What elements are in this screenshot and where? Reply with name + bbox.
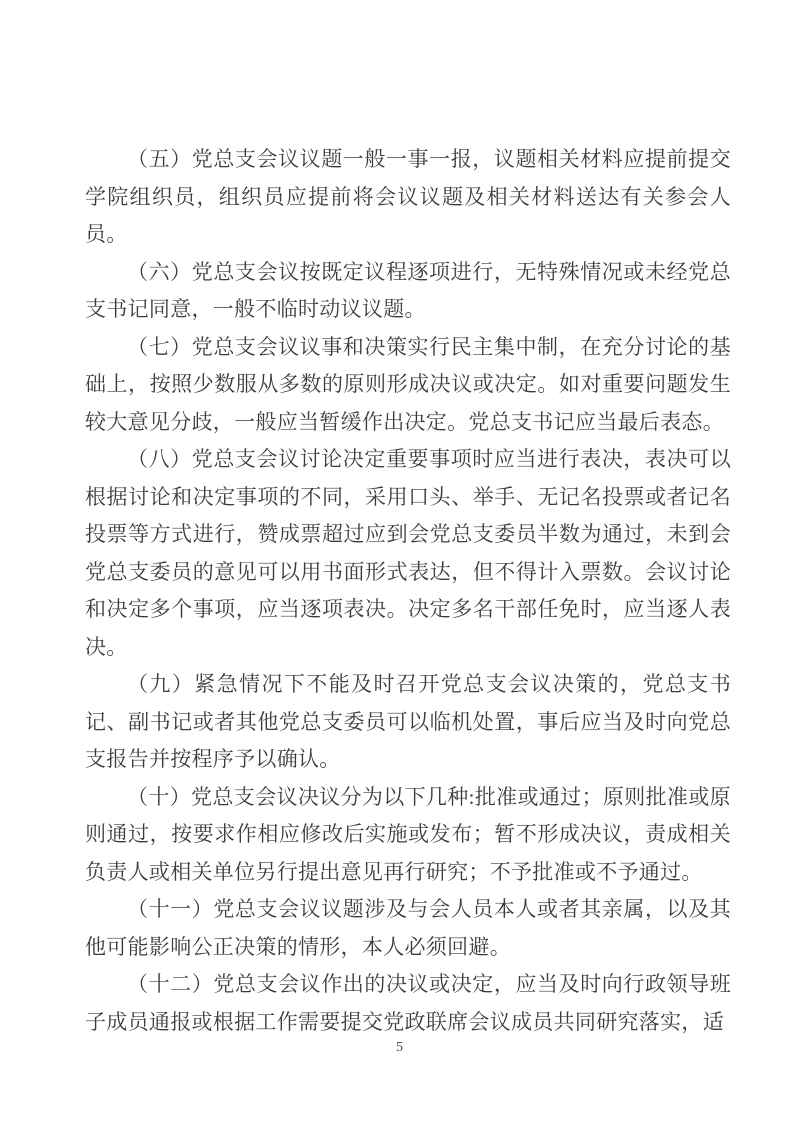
paragraph-item-6: （六）党总支会议按既定议程逐项进行，无特殊情况或未经党总支书记同意，一般不临时动…	[85, 254, 731, 329]
paragraph-item-7: （七）党总支会议议事和决策实行民主集中制，在充分讨论的基础上，按照少数服从多数的…	[85, 329, 731, 442]
paragraph-item-9: （九）紧急情况下不能及时召开党总支会议决策的，党总支书记、副书记或者其他党总支委…	[85, 666, 731, 779]
document-body-text: （五）党总支会议议题一般一事一报，议题相关材料应提前提交学院组织员，组织员应提前…	[85, 141, 731, 1041]
paragraph-item-11: （十一）党总支会议议题涉及与会人员本人或者其亲属，以及其他可能影响公正决策的情形…	[85, 891, 731, 966]
document-page: （五）党总支会议议题一般一事一报，议题相关材料应提前提交学院组织员，组织员应提前…	[0, 0, 799, 1131]
paragraph-item-12: （十二）党总支会议作出的决议或决定，应当及时向行政领导班子成员通报或根据工作需要…	[85, 966, 731, 1041]
paragraph-item-8: （八）党总支会议讨论决定重要事项时应当进行表决，表决可以根据讨论和决定事项的不同…	[85, 441, 731, 666]
page-number: 5	[0, 1040, 799, 1056]
paragraph-item-5: （五）党总支会议议题一般一事一报，议题相关材料应提前提交学院组织员，组织员应提前…	[85, 141, 731, 254]
paragraph-item-10: （十）党总支会议决议分为以下几种:批准或通过；原则批准或原则通过，按要求作相应修…	[85, 779, 731, 892]
